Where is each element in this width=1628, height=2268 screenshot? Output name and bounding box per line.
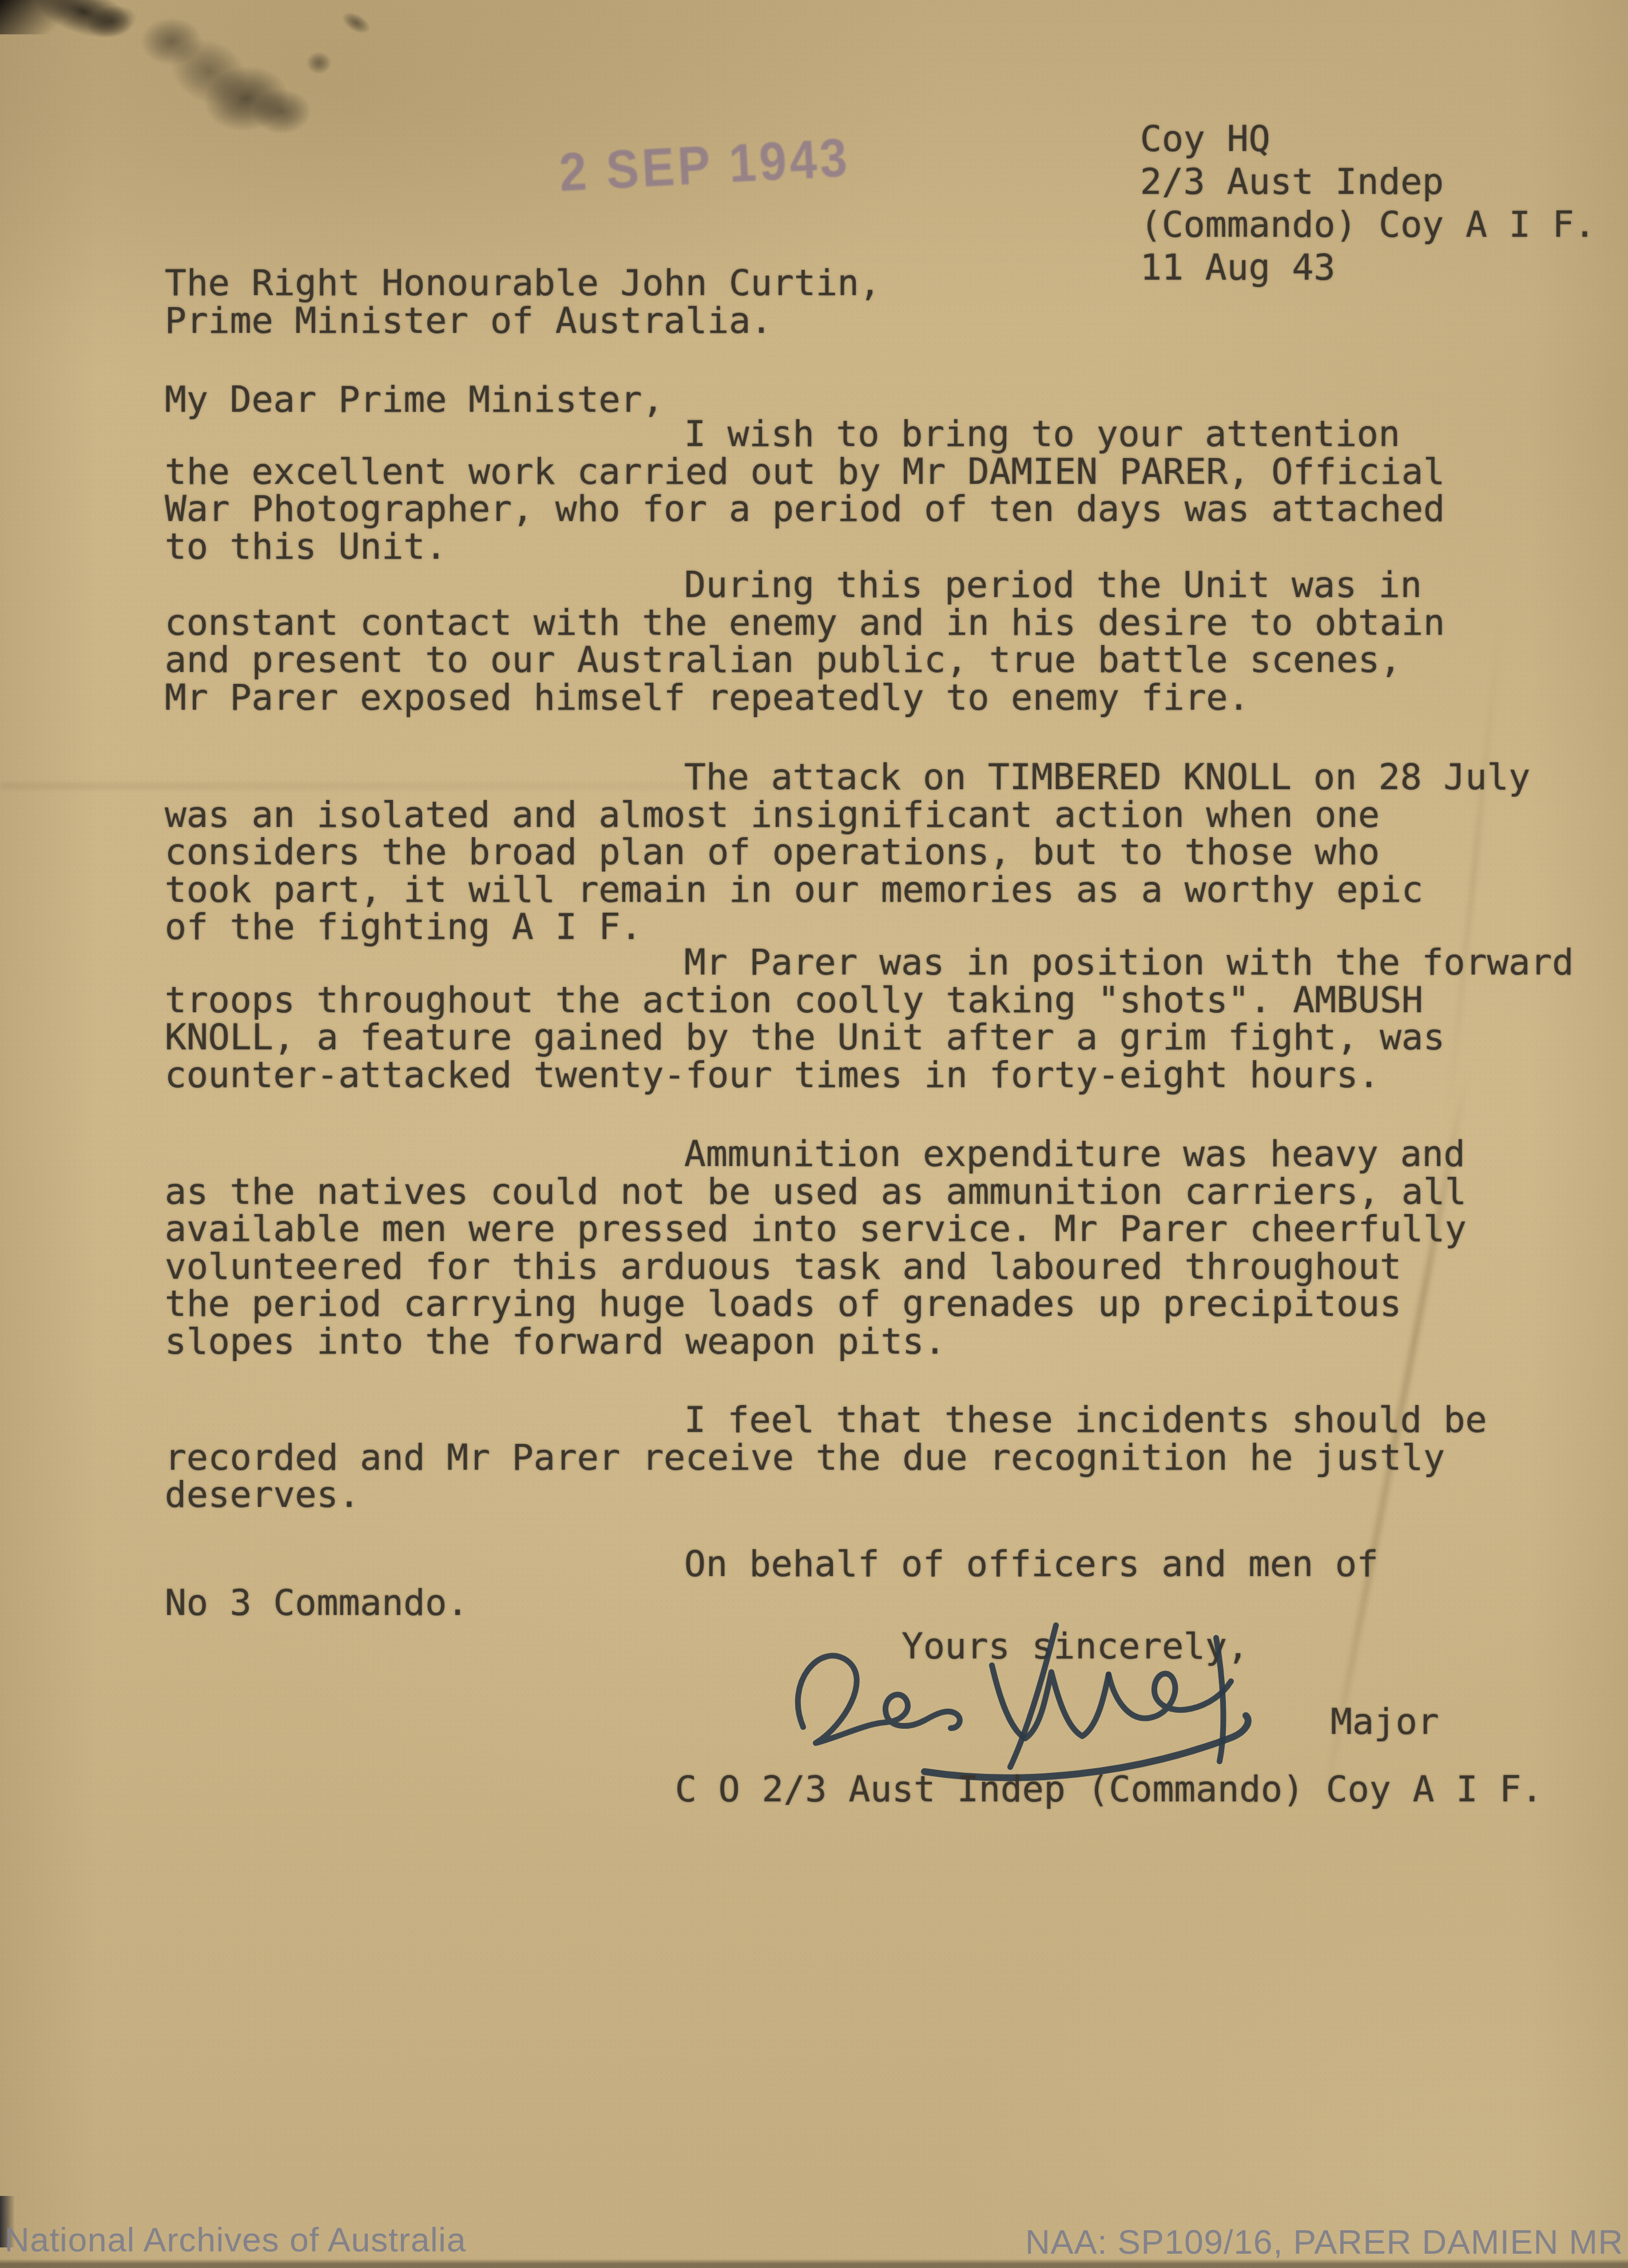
ink-stain (159, 26, 258, 117)
date-received-stamp: 2 SEP 1943 (558, 126, 852, 204)
ink-stain (306, 51, 332, 74)
salutation: My Dear Prime Minister, (165, 381, 664, 419)
archive-watermark-left: National Archives of Australia (5, 2220, 466, 2259)
signatory-rank: Major (1331, 1703, 1439, 1741)
ink-stain (252, 89, 312, 134)
ink-stain (83, 1, 140, 42)
ink-stain (199, 60, 293, 137)
body-paragraph: Mr Parer was in position with the forwar… (165, 944, 1583, 1093)
ink-stain (27, 0, 139, 49)
signatory-unit: C O 2/3 Aust Indep (Commando) Coy A I F. (675, 1770, 1543, 1808)
body-paragraph: I feel that these incidents should be re… (165, 1401, 1583, 1514)
ink-stain (338, 7, 374, 38)
letterhead: Coy HQ 2/3 Aust Indep (Commando) Coy A I… (1140, 117, 1596, 289)
body-paragraph: The attack on TIMBERED KNOLL on 28 July … (165, 758, 1583, 946)
body-paragraph: Ammunition expenditure was heavy and as … (165, 1135, 1583, 1360)
ink-stain (0, 0, 86, 34)
body-paragraph: During this period the Unit was in const… (165, 566, 1583, 716)
addressee-block: The Right Honourable John Curtin, Prime … (165, 264, 881, 339)
ink-stain (140, 17, 203, 66)
closing-line: No 3 Commando. (165, 1584, 468, 1622)
letter-scan-page: 2 SEP 1943 Coy HQ 2/3 Aust Indep (Comman… (0, 0, 1628, 2268)
archive-reference-right: NAA: SP109/16, PARER DAMIEN MR (1025, 2222, 1623, 2262)
closing-line: On behalf of officers and men of (684, 1545, 1379, 1583)
body-paragraph: I wish to bring to your attention the ex… (165, 415, 1583, 565)
